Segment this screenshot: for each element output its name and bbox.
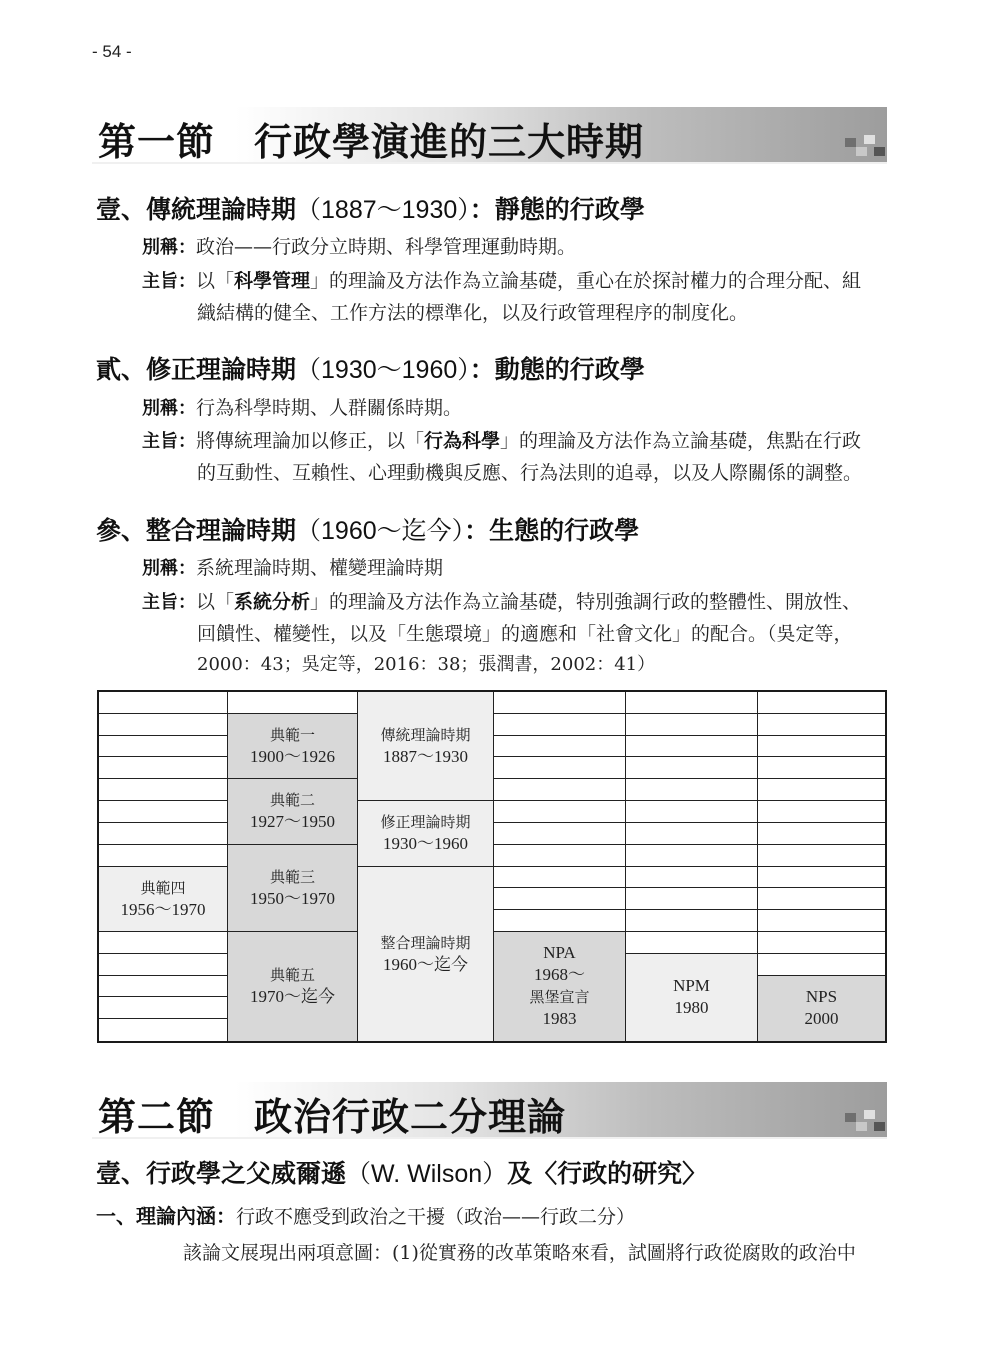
timeline-block: 傳統理論時期1887～1930 [358,692,494,801]
section-2-heading: 壹、行政學之父威爾遜（W. Wilson）及〈行政的研究〉 [96,1154,707,1190]
timeline-block: 整合理論時期1960～迄今 [358,867,494,1042]
timeline-block-title: NPA [543,942,575,964]
timeline-block-title: 典範四 [140,877,185,899]
empty-cell [99,801,228,823]
body-paragraph: 該論文展現出兩項意圖：(1)從實務的改革策略來看，試圖將行政從腐敗的政治中 [183,1238,856,1265]
timeline-block-title: NPM [673,975,710,997]
empty-cell [626,757,758,779]
empty-cell [758,932,885,954]
timeline-block-years: 1927～1950 [250,811,335,833]
empty-cell [494,910,626,932]
timeline-block: NPM1980 [626,954,758,1041]
empty-cell [758,692,885,714]
empty-cell [99,1019,228,1041]
empty-cell [99,976,228,998]
timeline-block-title: 傳統理論時期 [380,724,470,746]
empty-cell [494,845,626,867]
timeline-block-title: NPS [806,986,837,1008]
empty-cell [99,757,228,779]
empty-cell [758,801,885,823]
empty-cell [99,823,228,845]
empty-cell [494,714,626,736]
empty-cell [626,801,758,823]
empty-cell [758,714,885,736]
empty-cell [626,779,758,801]
timeline-block-years: 1970～迄今 [250,986,335,1008]
empty-cell [758,888,885,910]
timeline-block: 典範一1900～1926 [228,714,358,779]
empty-cell [626,932,758,954]
timeline-table: 典範四1956～1970典範一1900～1926典範二1927～1950典範三1… [97,690,887,1043]
empty-cell [99,997,228,1019]
empty-cell [494,801,626,823]
empty-cell [626,910,758,932]
period-2-gist-cont: 的互動性、互賴性、心理動機與反應、行為法則的追尋，以及人際關係的調整。 [197,461,862,485]
timeline-block-extra: 黑堡宣言 [529,986,589,1008]
empty-cell [626,888,758,910]
theory-content: 一、理論內涵：行政不應受到政治之干擾（政治——行政二分） [96,1200,635,1229]
period-1-gist: 主旨：以「科學管理」的理論及方法作為立論基礎，重心在於探討權力的合理分配、組 [142,269,861,294]
empty-cell [494,736,626,758]
timeline-block-title: 典範二 [270,789,315,811]
timeline-block-years: 1950～1970 [250,888,335,910]
empty-cell [99,736,228,758]
timeline-block-years: 1960～迄今 [383,954,468,976]
timeline-block-title: 修正理論時期 [380,811,470,833]
timeline-block-years: 1930～1960 [383,833,468,855]
timeline-block: 典範四1956～1970 [99,867,228,932]
empty-cell [494,779,626,801]
period-3-gist-cont-1: 回饋性、權變性，以及「生態環境」的適應和「社會文化」的配合。（吳定等， [197,622,853,646]
empty-cell [228,692,358,714]
timeline-block-years: 1887～1930 [383,746,468,768]
timeline-block-extra-years: 1983 [543,1008,577,1030]
empty-cell [99,845,228,867]
empty-cell [758,910,885,932]
section-2-banner: 第二節 政治行政二分理論 [92,1082,887,1139]
empty-cell [758,757,885,779]
period-1-gist-cont: 織結構的健全、工作方法的標準化，以及行政管理程序的制度化。 [197,301,748,325]
empty-cell [626,867,758,889]
empty-cell [758,823,885,845]
timeline-block-years: 1968～ [534,964,585,986]
empty-cell [758,736,885,758]
empty-cell [626,714,758,736]
empty-cell [99,954,228,976]
timeline-block-years: 2000 [805,1008,839,1030]
decorative-squares-icon [845,1113,885,1135]
decorative-squares-icon [845,138,885,160]
period-2-heading: 貳、修正理論時期（1930～1960）：動態的行政學 [96,350,645,386]
timeline-block-title: 典範三 [270,866,315,888]
period-1-heading: 壹、傳統理論時期（1887～1930）：靜態的行政學 [96,190,645,226]
section-1-title: 第一節 行政學演進的三大時期 [98,111,644,166]
timeline-block: NPA1968～黑堡宣言1983 [494,932,626,1041]
section-2-title: 第二節 政治行政二分理論 [98,1086,566,1141]
empty-cell [99,779,228,801]
period-3-citation: 2000：43；吳定等，2016：38；張潤書，2002：41） [197,653,655,677]
timeline-block: 典範二1927～1950 [228,779,358,844]
empty-cell [758,954,885,976]
timeline-block-title: 整合理論時期 [380,932,470,954]
timeline-block: 修正理論時期1930～1960 [358,801,494,866]
timeline-block: 典範三1950～1970 [228,845,358,932]
timeline-block-title: 典範五 [270,964,315,986]
empty-cell [99,692,228,714]
empty-cell [626,736,758,758]
timeline-block-years: 1980 [675,997,709,1019]
timeline-block-title: 典範一 [270,724,315,746]
timeline-block: NPS2000 [758,976,885,1041]
empty-cell [99,932,228,954]
empty-cell [626,845,758,867]
timeline-block-years: 1956～1970 [121,899,206,921]
period-1-alias: 別稱：政治——行政分立時期、科學管理運動時期。 [142,235,576,260]
page-number: - 54 - [92,42,132,62]
section-1-banner: 第一節 行政學演進的三大時期 [92,107,887,164]
period-3-gist: 主旨：以「系統分析」的理論及方法作為立論基礎，特別強調行政的整體性、開放性、 [142,590,861,615]
timeline-block: 典範五1970～迄今 [228,932,358,1041]
period-3-alias: 別稱：系統理論時期、權變理論時期 [142,556,443,581]
empty-cell [494,823,626,845]
empty-cell [494,867,626,889]
empty-cell [494,692,626,714]
empty-cell [758,779,885,801]
timeline-block-years: 1900～1926 [250,746,335,768]
empty-cell [758,845,885,867]
empty-cell [494,888,626,910]
empty-cell [626,823,758,845]
empty-cell [494,757,626,779]
empty-cell [99,714,228,736]
period-2-gist: 主旨：將傳統理論加以修正，以「行為科學」的理論及方法作為立論基礎，焦點在行政 [142,429,861,454]
empty-cell [626,692,758,714]
period-3-heading: 參、整合理論時期（1960～迄今）：生態的行政學 [96,511,639,547]
empty-cell [758,867,885,889]
period-2-alias: 別稱：行為科學時期、人群關係時期。 [142,396,462,421]
